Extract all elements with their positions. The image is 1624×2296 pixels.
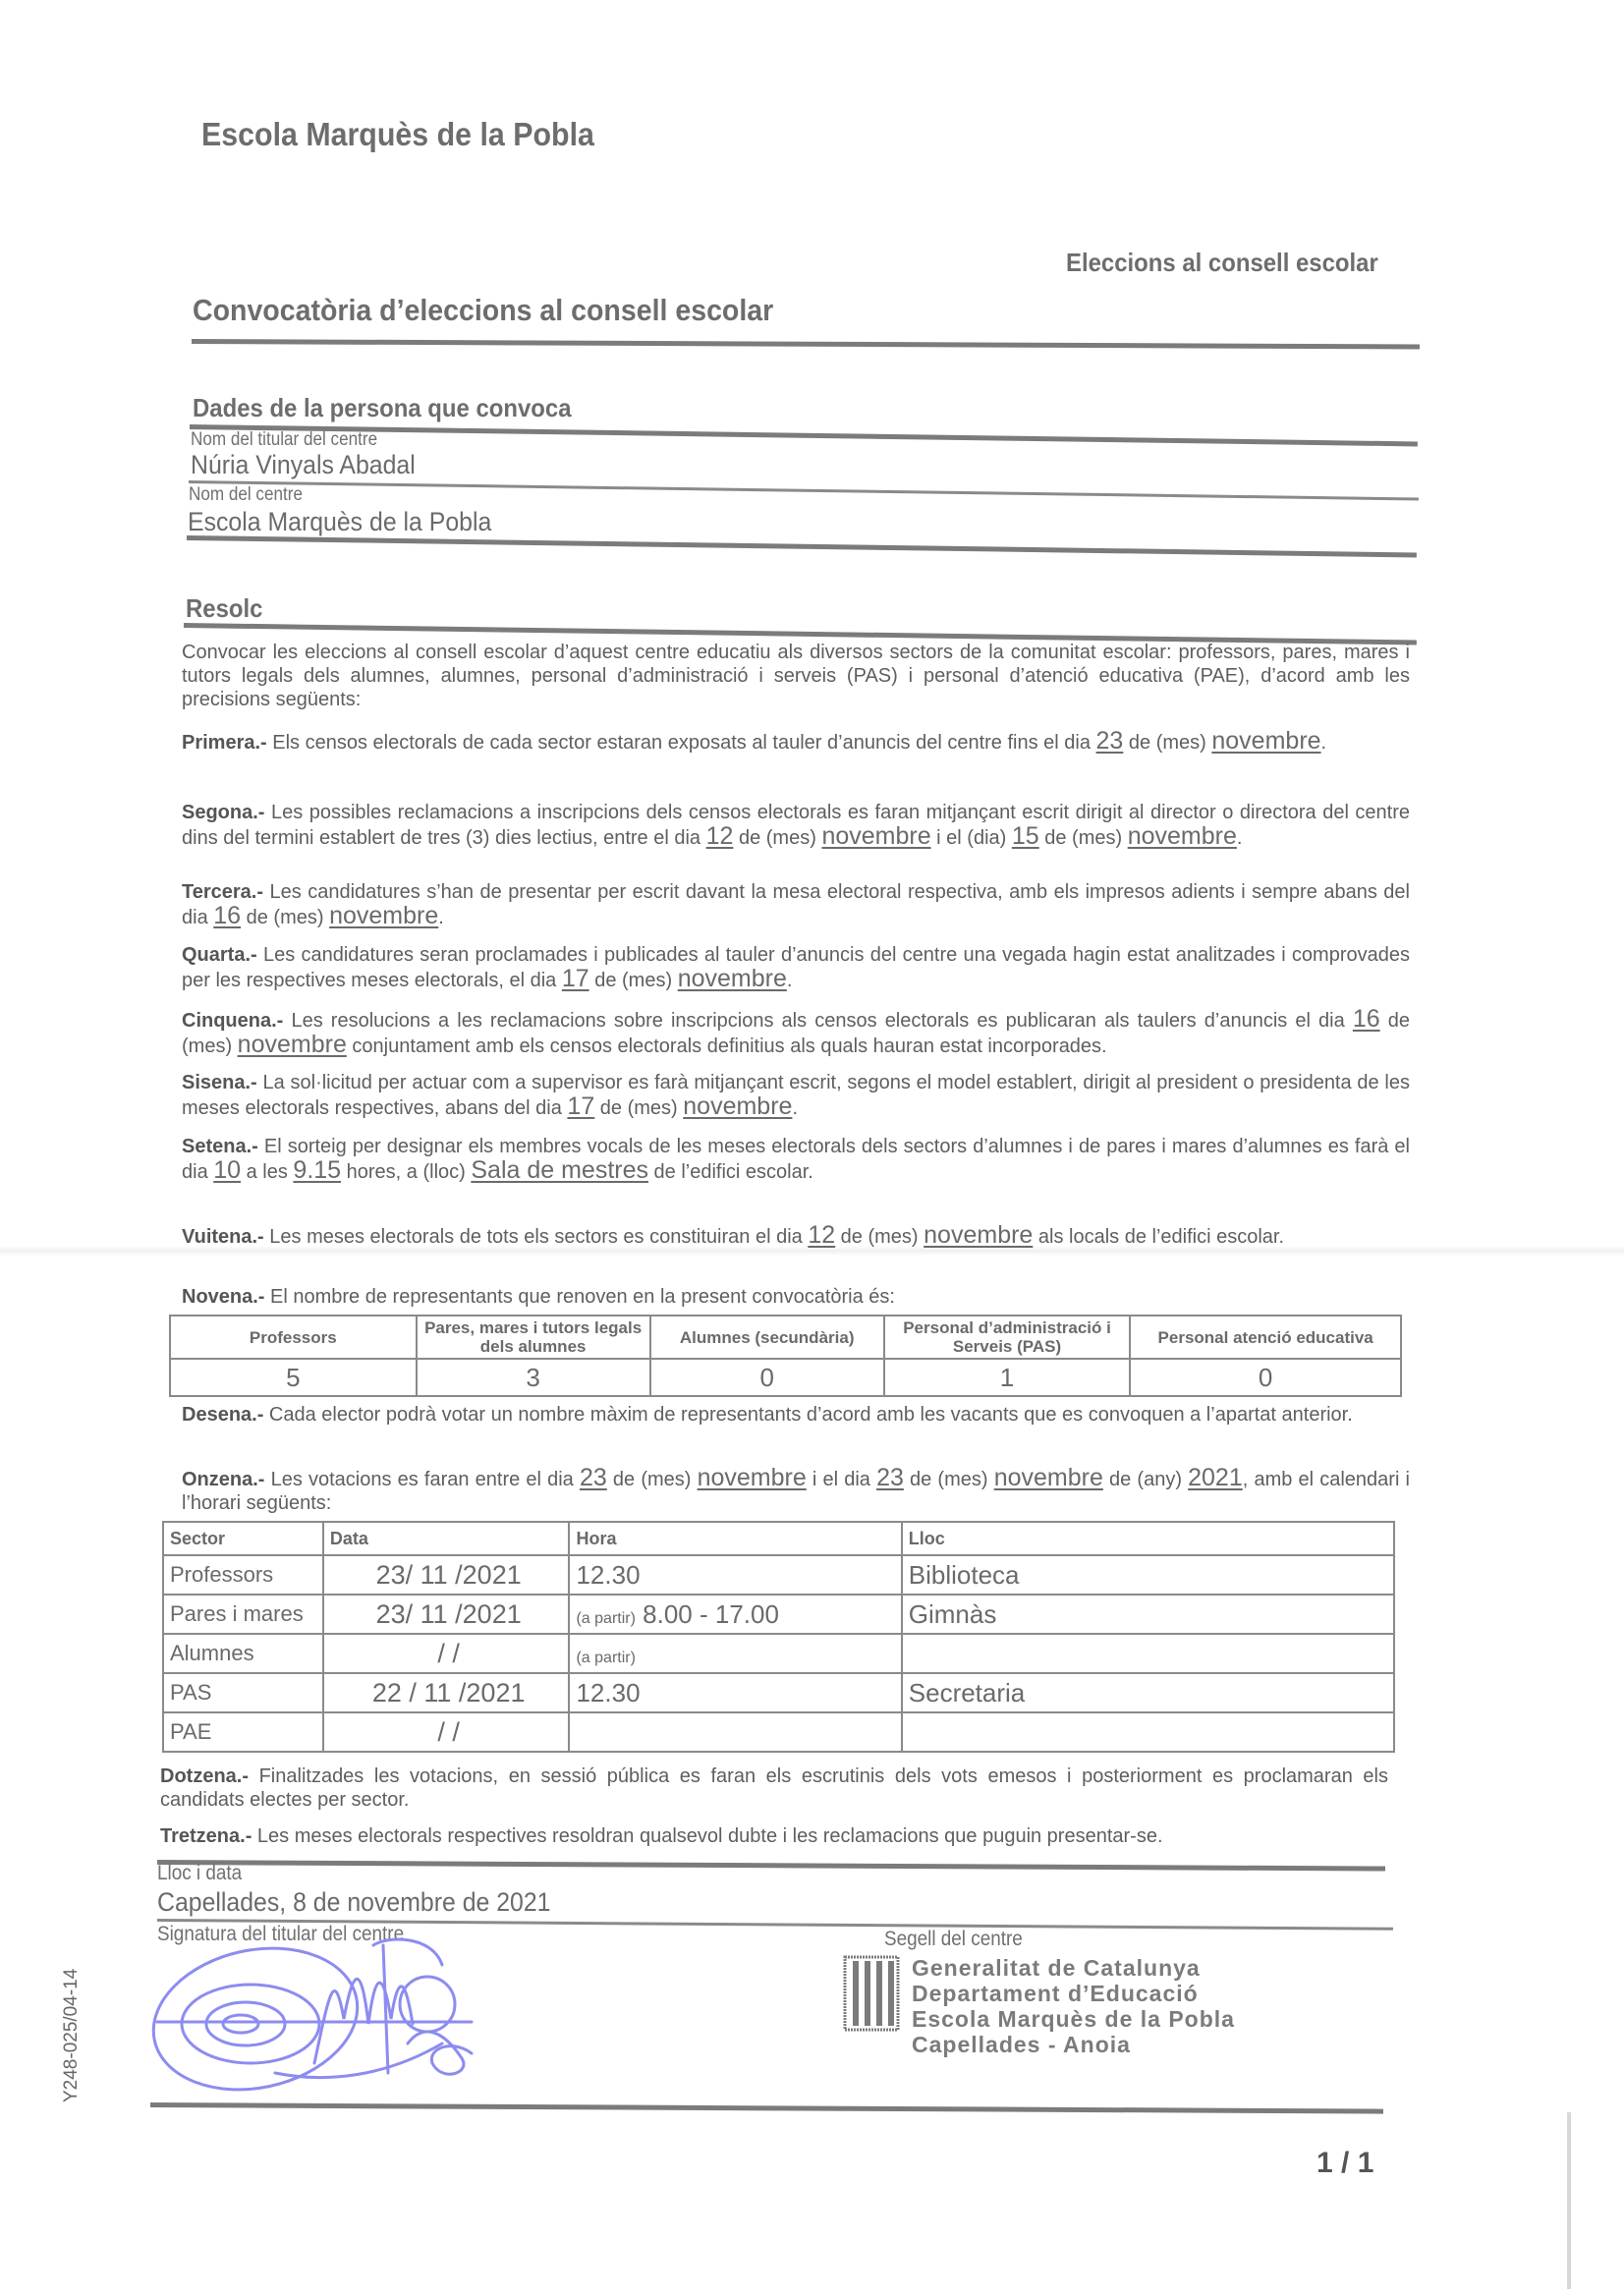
clause-sisena: Sisena.- La sol·licitud per actuar com a… [182, 1071, 1410, 1120]
seal-line: Departament d’Educació [912, 1981, 1235, 2006]
table-row: PAE / / [163, 1712, 1394, 1752]
clause-label: Tretzena.- [160, 1825, 252, 1847]
holder-value: Núria Vinyals Abadal [191, 450, 416, 480]
rep-header-parents: Pares, mares i tutors legals dels alumne… [417, 1316, 650, 1359]
school-name: Escola Marquès de la Pobla [201, 116, 594, 153]
clause-label: Primera.- [182, 732, 267, 754]
sector-cell: PAE [163, 1712, 323, 1752]
vote-header-place: Lloc [902, 1522, 1394, 1555]
place-cell [902, 1712, 1394, 1752]
filled-day: 23 [580, 1464, 607, 1491]
rep-header-pae: Personal atenció educativa [1130, 1316, 1401, 1359]
scan-edge-artifact [1567, 2112, 1571, 2289]
vote-header-sector: Sector [163, 1522, 323, 1555]
rep-header-professors: Professors [170, 1316, 417, 1359]
page-number: 1 / 1 [1316, 2147, 1373, 2180]
rep-header-pas: Personal d’administració i Serveis (PAS) [884, 1316, 1131, 1359]
sector-cell: Pares i mares [163, 1595, 323, 1634]
clause-label: Segona.- [182, 802, 264, 823]
sector-cell: Alumnes [163, 1634, 323, 1673]
place-date-label: Lloc i data [157, 1862, 242, 1885]
resolution-heading: Resolc [186, 593, 262, 624]
rep-value-pae: 0 [1130, 1359, 1401, 1396]
clause-novena: Novena.- El nombre de representants que … [182, 1285, 1410, 1309]
convener-heading: Dades de la persona que convoca [193, 393, 572, 423]
filled-month: novembre [698, 1464, 807, 1491]
sector-cell: Professors [163, 1555, 323, 1595]
handwritten-signature [147, 1926, 521, 2093]
filled-month: novembre [821, 822, 930, 850]
hour-cell: 12.30 [569, 1555, 901, 1595]
seal-line: Escola Marquès de la Pobla [912, 2006, 1235, 2032]
clause-label: Tercera.- [182, 881, 263, 903]
filled-day: 17 [567, 1092, 594, 1120]
seal-label: Segell del centre [884, 1928, 1023, 1951]
filled-day: 17 [562, 965, 589, 992]
place-cell: Biblioteca [902, 1555, 1394, 1595]
place-date-value: Capellades, 8 de novembre de 2021 [157, 1887, 550, 1918]
filled-month: novembre [1211, 727, 1320, 755]
filled-month: novembre [678, 965, 787, 992]
place-cell [902, 1634, 1394, 1673]
title-rule [192, 339, 1420, 349]
catalonia-coat-of-arms-icon [843, 1955, 902, 2034]
filled-day: 16 [213, 902, 241, 929]
filled-month: novembre [924, 1221, 1033, 1249]
clause-label: Cinquena.- [182, 1010, 283, 1032]
date-cell: 23/ 11 /2021 [323, 1555, 570, 1595]
document-title: Convocatòria d’eleccions al consell esco… [193, 293, 773, 328]
rep-value-parents: 3 [417, 1359, 650, 1396]
seal-line: Generalitat de Catalunya [912, 1955, 1235, 1981]
clause-setena: Setena.- El sorteig per designar els mem… [182, 1135, 1410, 1184]
date-cell: / / [323, 1634, 570, 1673]
table-row: Pares i mares 23/ 11 /2021 (a partir) 8.… [163, 1595, 1394, 1634]
table-row: Alumnes / / (a partir) [163, 1634, 1394, 1673]
clause-desena: Desena.- Cada elector podrà votar un nom… [182, 1403, 1410, 1427]
clause-label: Vuitena.- [182, 1226, 264, 1248]
clause-primera: Primera.- Els censos electorals de cada … [182, 729, 1410, 755]
clause-label: Onzena.- [182, 1469, 264, 1490]
rep-value-pas: 1 [884, 1359, 1131, 1396]
clause-onzena: Onzena.- Les votacions es faran entre el… [182, 1466, 1410, 1515]
section-tag: Eleccions al consell escolar [1066, 248, 1378, 278]
filled-place: Sala de mestres [471, 1156, 648, 1184]
clause-segona: Segona.- Les possibles reclamacions a in… [182, 801, 1410, 850]
clause-label: Sisena.- [182, 1072, 257, 1093]
date-cell: 23/ 11 /2021 [323, 1595, 570, 1634]
filled-day: 23 [876, 1464, 904, 1491]
clause-label: Desena.- [182, 1404, 263, 1426]
footer-rule [157, 1860, 1385, 1872]
date-cell: 22 / 11 /2021 [323, 1673, 570, 1712]
hour-cell [569, 1712, 901, 1752]
clause-quarta: Quarta.- Les candidatures seran proclama… [182, 943, 1410, 992]
hour-cell: (a partir) [569, 1634, 901, 1673]
rep-value-professors: 5 [170, 1359, 417, 1396]
clause-cinquena: Cinquena.- Les resolucions a les reclama… [182, 1007, 1410, 1058]
filled-month: novembre [1128, 822, 1237, 850]
centre-label: Nom del centre [189, 484, 303, 506]
filled-day: 10 [213, 1156, 241, 1184]
clause-vuitena: Vuitena.- Les meses electorals de tots e… [182, 1223, 1410, 1249]
filled-day: 16 [1353, 1005, 1380, 1033]
seal-line: Capellades - Anoia [912, 2032, 1235, 2057]
clause-tercera: Tercera.- Les candidatures s’han de pres… [182, 880, 1410, 929]
form-code: Y248-025/04-14 [61, 1969, 83, 2102]
sector-cell: PAS [163, 1673, 323, 1712]
place-cell: Gimnàs [902, 1595, 1394, 1634]
clause-dotzena: Dotzena.- Finalitzades les votacions, en… [160, 1764, 1388, 1812]
voting-schedule-table: Sector Data Hora Lloc Professors 23/ 11 … [162, 1521, 1395, 1753]
hour-cell: (a partir) 8.00 - 17.00 [569, 1595, 901, 1634]
filled-time: 9.15 [293, 1156, 341, 1184]
filled-month: novembre [238, 1031, 347, 1058]
resolution-intro: Convocar les eleccions al consell escola… [182, 641, 1410, 711]
filled-day: 23 [1096, 727, 1124, 755]
filled-day: 15 [1012, 822, 1039, 850]
holder-label: Nom del titular del centre [191, 429, 377, 451]
clause-label: Quarta.- [182, 944, 257, 966]
vote-header-hour: Hora [569, 1522, 901, 1555]
filled-year: 2021 [1188, 1464, 1243, 1491]
bottom-rule [150, 2102, 1383, 2114]
clause-label: Novena.- [182, 1286, 264, 1308]
clause-label: Setena.- [182, 1136, 258, 1157]
clause-label: Dotzena.- [160, 1765, 249, 1787]
filled-month: novembre [994, 1464, 1103, 1491]
centre-value: Escola Marquès de la Pobla [188, 507, 491, 537]
clause-tretzena: Tretzena.- Les meses electorals respecti… [160, 1824, 1388, 1848]
rep-header-students: Alumnes (secundària) [650, 1316, 884, 1359]
hour-cell: 12.30 [569, 1673, 901, 1712]
filled-day: 12 [706, 822, 734, 850]
filled-month: novembre [329, 902, 438, 929]
table-row: Professors 23/ 11 /2021 12.30 Biblioteca [163, 1555, 1394, 1595]
place-cell: Secretaria [902, 1673, 1394, 1712]
table-row: PAS 22 / 11 /2021 12.30 Secretaria [163, 1673, 1394, 1712]
rep-value-students: 0 [650, 1359, 884, 1396]
representatives-table: Professors Pares, mares i tutors legals … [169, 1315, 1402, 1397]
seal-text: Generalitat de Catalunya Departament d’E… [912, 1955, 1235, 2057]
filled-day: 12 [808, 1221, 835, 1249]
vote-header-date: Data [323, 1522, 570, 1555]
date-cell: / / [323, 1712, 570, 1752]
filled-month: novembre [683, 1092, 792, 1120]
holder-rule [189, 480, 1419, 500]
centre-rule [187, 535, 1417, 557]
